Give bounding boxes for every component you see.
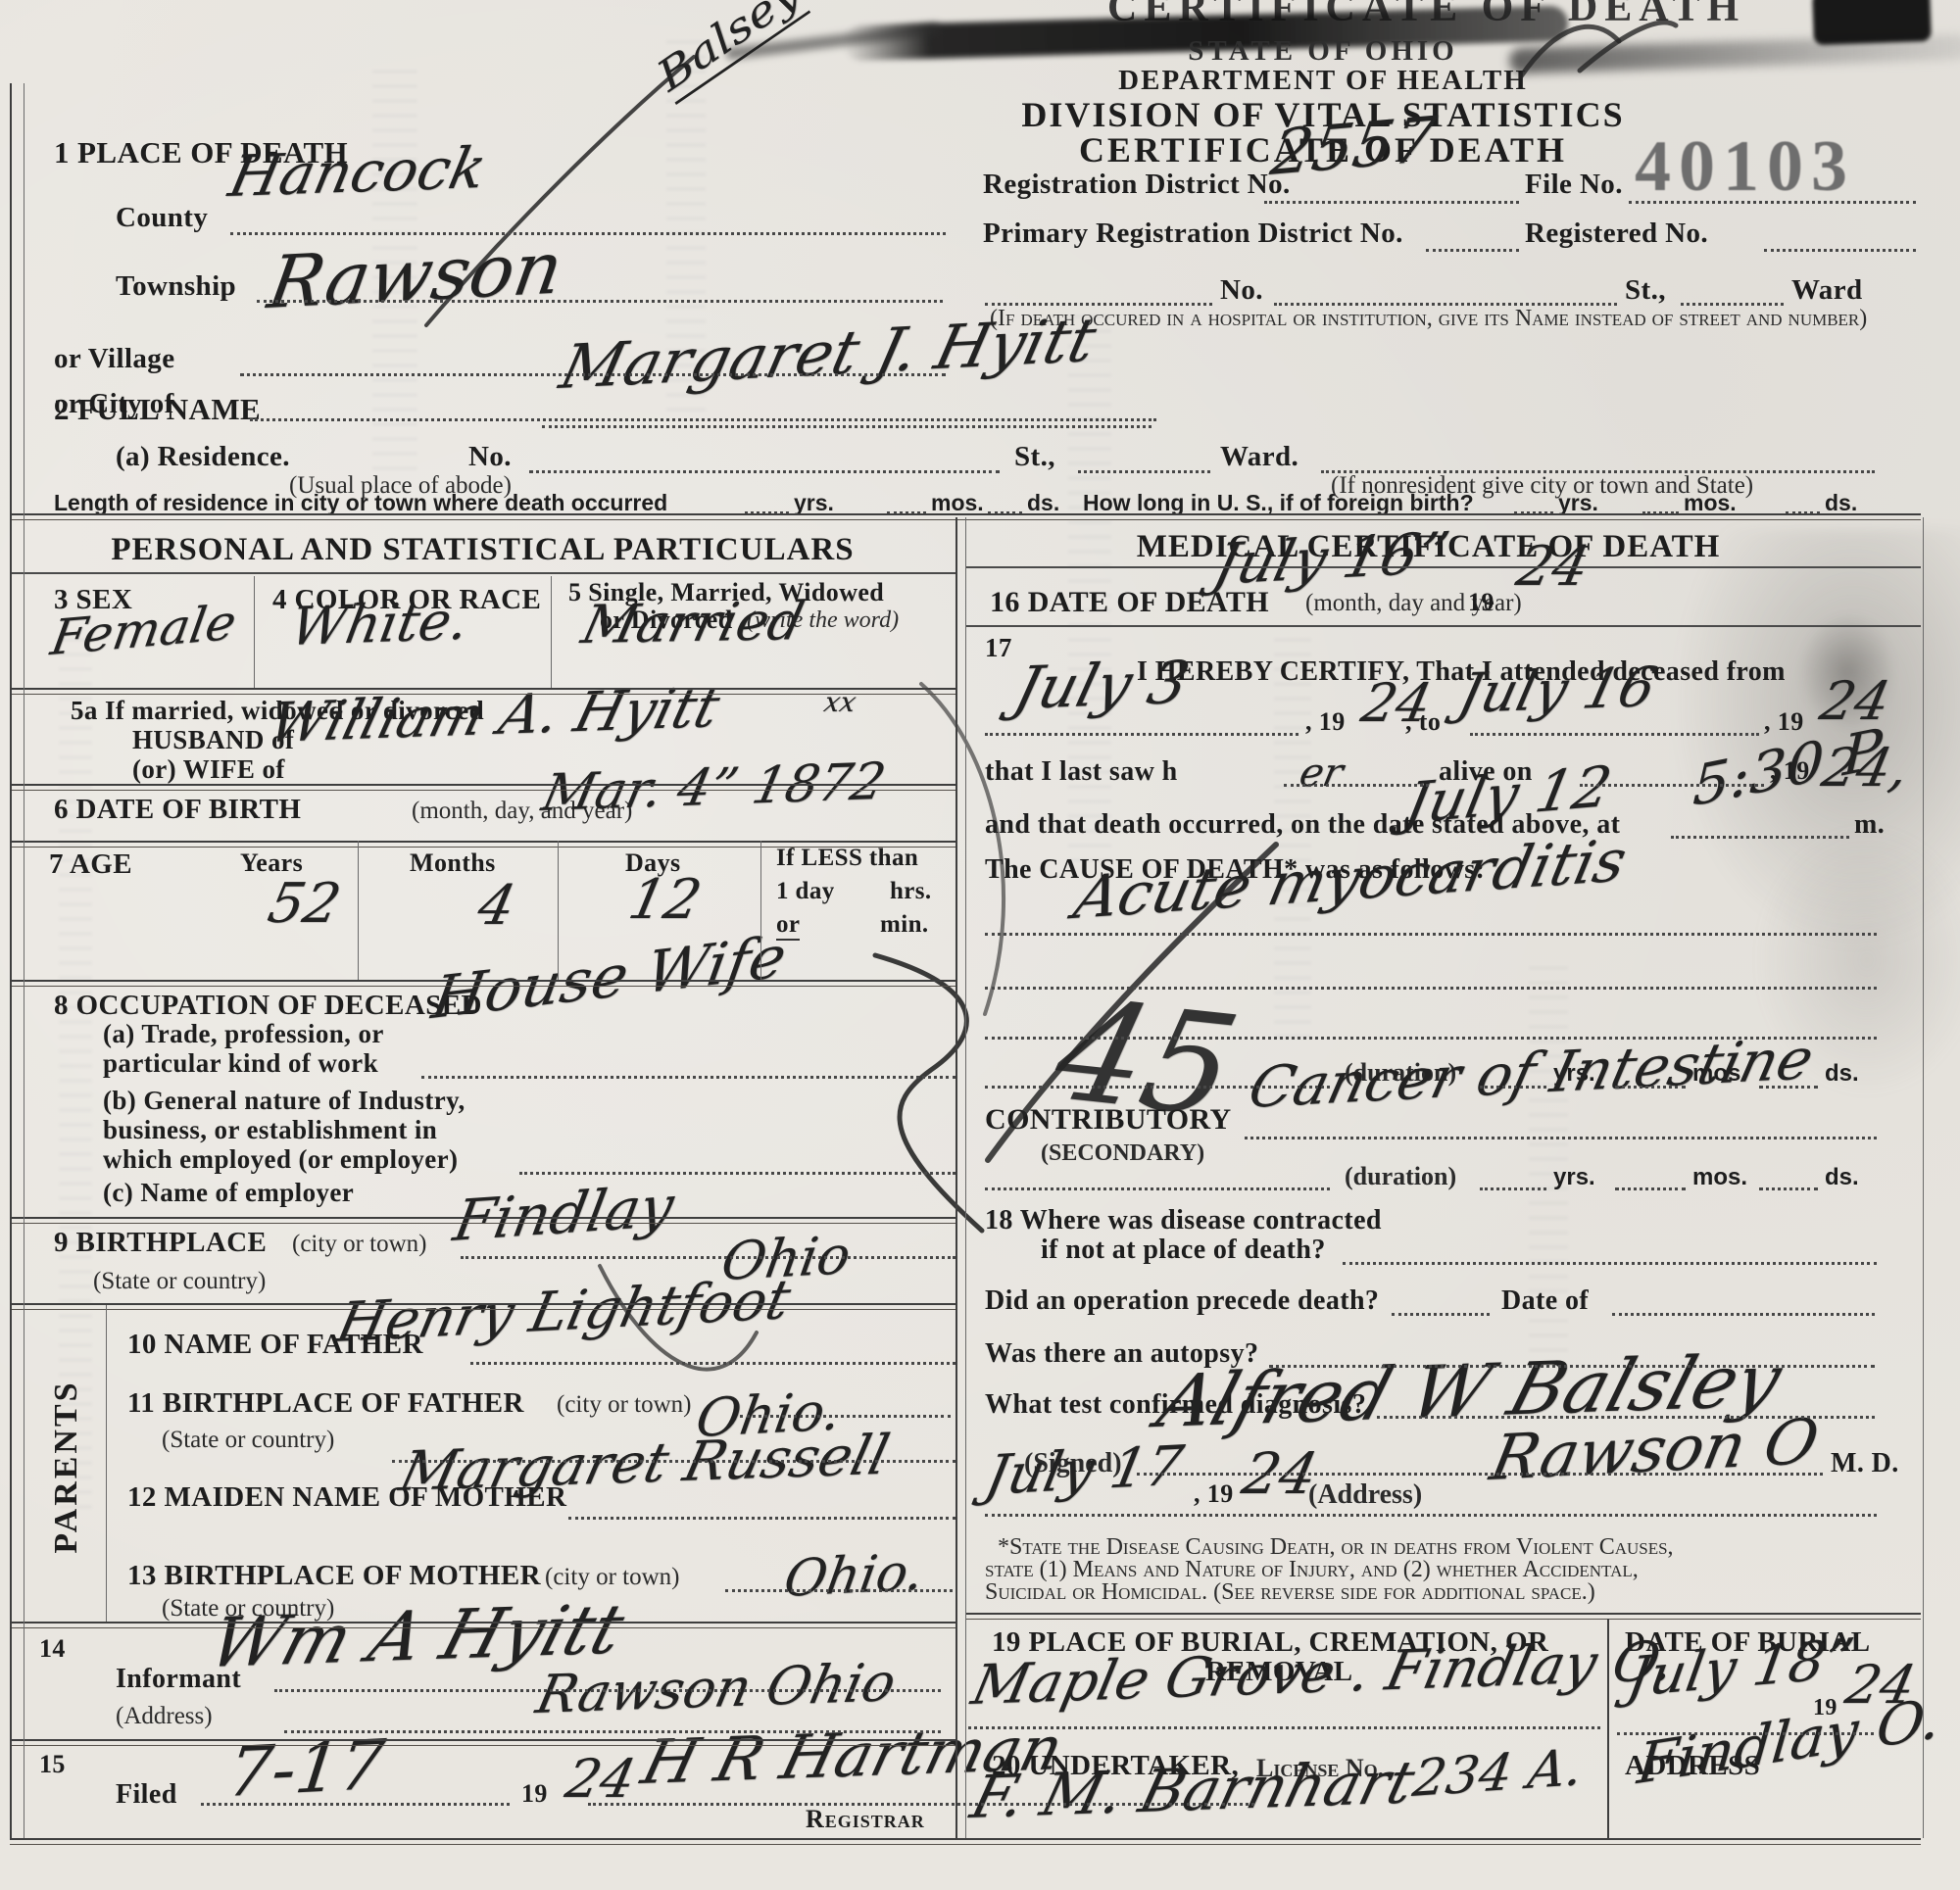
occupation-a2: particular kind of work: [103, 1048, 378, 1079]
double-rule: [10, 1303, 955, 1310]
occupation-c: (c) Name of employer: [103, 1178, 354, 1208]
howlong-us-label: How long in U. S., if of foreign birth?: [1083, 490, 1474, 516]
village-label: or Village: [54, 343, 174, 375]
date-of-label: Date of: [1501, 1285, 1589, 1317]
length-residence-label: Length of residence in city or town wher…: [54, 490, 667, 516]
dotted-line: [240, 373, 946, 376]
marital-value: Married: [576, 590, 809, 655]
birthplace-note: (city or town): [292, 1231, 426, 1258]
dotted-line: [1612, 1313, 1875, 1316]
occupation-a1: (a) Trade, profession, or: [103, 1019, 384, 1049]
dotted-line: [1615, 1187, 1686, 1190]
double-rule: [10, 1838, 1921, 1845]
duration2-mos: mos.: [1692, 1164, 1747, 1191]
dotted-line: [1617, 1732, 1874, 1735]
dotted-line: [985, 1514, 1877, 1517]
dotted-line: [1264, 201, 1519, 204]
dotted-line: [1137, 1473, 1823, 1476]
vertical-rule: [1607, 1619, 1609, 1838]
dotted-line: [985, 733, 1298, 736]
dotted-line: [1480, 1187, 1546, 1190]
dotted-line: [250, 418, 1156, 421]
dotted-line: [985, 987, 1877, 990]
where-contracted-label-2: if not at place of death?: [1041, 1235, 1326, 1266]
dotted-line: [1629, 201, 1916, 204]
dotted-line: [1245, 1137, 1877, 1139]
mother-bp-label: 13 BIRTHPLACE OF MOTHER: [127, 1560, 541, 1592]
registered-no-label: Registered No.: [1525, 218, 1708, 250]
full-name-value: Margaret J. Hyitt: [554, 304, 1102, 403]
length-yrs-label: yrs.: [794, 490, 834, 516]
footnote-line-3: Suicidal or Homicidal. (See reverse side…: [985, 1579, 1595, 1606]
occupation-value: House Wife: [427, 923, 791, 1033]
filed-label: Filed: [116, 1779, 177, 1811]
residence-label: (a) Residence.: [116, 441, 290, 473]
hospital-note: (If death occured in a hospital or insti…: [990, 306, 1867, 332]
age-months-label: Months: [410, 848, 496, 878]
cause-value: Acute myocarditis: [1068, 827, 1633, 933]
father-bp-state-label: (State or country): [162, 1427, 334, 1454]
vertical-rule: [106, 1305, 107, 1622]
residence-st-label: St.,: [1014, 441, 1055, 473]
double-rule: [10, 784, 955, 791]
md-label: M. D.: [1831, 1448, 1899, 1479]
dotted-line: [1343, 1262, 1877, 1265]
informant-address-label: (Address): [116, 1703, 213, 1730]
dotted-line: [1759, 1187, 1818, 1190]
rule: [965, 566, 1921, 568]
double-rule: [965, 1613, 1921, 1620]
county-label: County: [116, 202, 208, 234]
dotted-line: [1284, 784, 1429, 787]
saw-er: er: [1296, 751, 1347, 796]
age-years-value: 52: [263, 872, 346, 936]
less-min-label: min.: [880, 911, 929, 939]
double-rule: [10, 1622, 955, 1628]
dotted-line: [985, 1187, 1330, 1190]
dotted-line: [968, 1726, 1600, 1729]
duration2-yrs: yrs.: [1553, 1164, 1595, 1191]
father-bp-note: (city or town): [557, 1391, 691, 1419]
secondary-label: (SECONDARY): [1041, 1140, 1204, 1167]
dotted-line: [1321, 470, 1875, 473]
village-value: Rawson: [263, 226, 568, 325]
undertaker-value: F. M. Barnhart: [964, 1749, 1421, 1832]
contributory-value: Cancer of Intestine: [1243, 1026, 1820, 1121]
saw-label-1: that I last saw h: [985, 756, 1178, 788]
registration-district-value: 2557: [1266, 104, 1441, 190]
mother-bp-value: Ohio.: [780, 1543, 928, 1609]
length-ds-label: ds.: [1027, 490, 1059, 516]
birthplace-value: Findlay: [449, 1173, 679, 1254]
occupation-b1: (b) General nature of Industry,: [103, 1086, 465, 1116]
dotted-line: [542, 425, 1151, 428]
duration-label-2: (duration): [1345, 1162, 1456, 1191]
street-no-label: No.: [1220, 274, 1263, 307]
duration2-ds: ds.: [1825, 1164, 1859, 1191]
birthplace-state-label: (State or country): [93, 1268, 266, 1295]
double-rule: [10, 841, 955, 848]
to-label: , to: [1405, 707, 1441, 737]
dotted-line: [588, 1803, 1254, 1806]
personal-heading: PERSONAL AND STATISTICAL PARTICULARS: [10, 532, 955, 568]
dotted-line: [1671, 836, 1849, 839]
occupation-label: 8 OCCUPATION OF DECEASED: [54, 990, 482, 1022]
from-19: , 19: [1305, 707, 1346, 737]
dotted-line: [230, 232, 946, 235]
dotted-line: [985, 1037, 1877, 1040]
death-certificate-scan: CERTIFICATE OF DEATH Balsey STATE OF OHI…: [0, 0, 1960, 1890]
mother-bp-note: (city or town): [545, 1564, 679, 1591]
dotted-line: [1377, 1416, 1875, 1419]
ghost-page-title: CERTIFICATE OF DEATH: [1107, 0, 1745, 31]
us-mos-label: mos.: [1684, 490, 1737, 516]
rule: [10, 572, 955, 574]
contributory-label: CONTRIBUTORY: [985, 1103, 1232, 1137]
dod-19: 19: [1468, 588, 1494, 617]
dotted-line: [274, 1689, 941, 1692]
dotted-line: [201, 1803, 510, 1806]
age-label: 7 AGE: [49, 848, 132, 881]
file-no-label: File No.: [1525, 169, 1623, 201]
less-day-label: 1 day: [776, 878, 835, 905]
vertical-rule: [551, 576, 552, 688]
dotted-line: [284, 1730, 941, 1733]
us-ds-label: ds.: [1825, 490, 1857, 516]
dotted-line: [985, 303, 1212, 306]
dotted-line: [1759, 1086, 1818, 1089]
dotted-line: [1274, 303, 1617, 306]
less-than-label: If LESS than: [776, 845, 918, 872]
dotted-line: [392, 1460, 955, 1463]
dotted-line: [725, 1589, 953, 1592]
ink-blot: [1812, 0, 1932, 45]
township-label: Township: [116, 270, 236, 303]
parents-label: PARENTS: [48, 1339, 85, 1594]
registration-district-label: Registration District No.: [983, 169, 1291, 201]
dod-value: July 16”: [1207, 519, 1455, 598]
license-value: 234 A.: [1409, 1738, 1587, 1809]
registrar-label: Registrar: [806, 1805, 925, 1834]
dotted-line: [1078, 470, 1210, 473]
dob-label: 6 DATE OF BIRTH: [54, 794, 301, 826]
less-hrs-label: hrs.: [890, 878, 932, 905]
informant-no: 14: [39, 1634, 66, 1664]
double-rule: [10, 1217, 955, 1224]
vertical-rule: [358, 841, 359, 980]
file-no-value: 40103: [1635, 125, 1855, 209]
dotted-line: [421, 1076, 955, 1079]
age-months-value: 4: [472, 874, 520, 938]
sign-address-label: (Address): [1308, 1479, 1422, 1511]
street-label: St.,: [1625, 274, 1666, 307]
vertical-rule: [760, 841, 761, 980]
dotted-line: [568, 1517, 955, 1520]
full-name-label: 2 FULL NAME: [54, 392, 261, 427]
length-mos-label: mos.: [931, 490, 984, 516]
dotted-line: [1470, 733, 1759, 736]
birthplace-label: 9 BIRTHPLACE: [54, 1227, 267, 1259]
double-rule: [10, 688, 955, 695]
dotted-line: [470, 1362, 955, 1365]
residence-no-label: No.: [468, 441, 512, 473]
dotted-line: [985, 933, 1877, 936]
primary-district-label: Primary Registration District No.: [983, 218, 1403, 250]
sign-19: , 19: [1194, 1479, 1234, 1509]
duration1-ds: ds.: [1825, 1060, 1859, 1088]
where-contracted-label: 18 Where was disease contracted: [985, 1205, 1382, 1236]
dotted-line: [519, 1172, 955, 1175]
operation-label: Did an operation precede death?: [985, 1285, 1379, 1317]
vertical-rule: [955, 517, 957, 1838]
vertical-rule: [24, 83, 24, 1838]
attended-from-value: July 3: [1007, 649, 1196, 723]
sign-date-value: July 17: [980, 1434, 1188, 1508]
pen-note-balsey: Balsey: [649, 0, 810, 105]
masthead-department: DEPARTMENT OF HEALTH: [1019, 65, 1627, 97]
us-yrs-label: yrs.: [1558, 490, 1598, 516]
county-value: Hancock: [223, 134, 492, 210]
age-days-value: 12: [623, 868, 707, 932]
father-bp-label: 11 BIRTHPLACE OF FATHER: [127, 1387, 524, 1420]
ward-label: Ward: [1791, 274, 1863, 307]
filed-19: 19: [521, 1779, 548, 1809]
vertical-rule: [254, 576, 255, 688]
attended-to-value: July 16: [1452, 655, 1662, 726]
dotted-line: [1681, 303, 1784, 306]
vertical-rule: [1923, 517, 1924, 1838]
race-value: White.: [286, 590, 473, 657]
double-rule: [10, 1739, 955, 1746]
filed-no: 15: [39, 1750, 66, 1779]
filed-year: 24: [561, 1748, 641, 1810]
dotted-line: [1580, 784, 1764, 787]
dotted-line: [1392, 1313, 1490, 1316]
occupation-b3: which employed (or employer): [103, 1144, 458, 1175]
spouse-label-3: (or) WIFE of: [132, 754, 285, 785]
masthead-state: STATE OF OHIO: [1068, 35, 1578, 68]
occurred-m: m.: [1854, 809, 1885, 841]
rule: [965, 625, 1921, 627]
dotted-line: [1480, 1086, 1546, 1089]
certify-text: I HEREBY CERTIFY, That I attended deceas…: [1137, 656, 1786, 688]
father-value: Henry Lightfoot: [331, 1268, 796, 1355]
occupation-b2: business, or establishment in: [103, 1115, 437, 1145]
filed-value: 7-17: [223, 1724, 389, 1813]
dotted-line: [1269, 1365, 1875, 1368]
dotted-line: [1764, 249, 1916, 252]
vertical-rule: [558, 841, 559, 980]
residence-ward-label: Ward.: [1220, 441, 1298, 473]
dotted-line: [1615, 1086, 1686, 1089]
dotted-line: [257, 300, 943, 303]
dotted-line: [529, 470, 1000, 473]
vertical-rule: [965, 517, 966, 1838]
item-17: 17: [985, 633, 1012, 663]
dotted-line: [461, 1256, 955, 1259]
dotted-line: [1426, 249, 1519, 252]
double-rule: [10, 980, 955, 987]
dotted-line: [985, 1086, 1330, 1089]
vertical-rule: [10, 83, 12, 1838]
dotted-line: [740, 1415, 951, 1418]
mother-value: Margaret Russell: [394, 1424, 895, 1504]
